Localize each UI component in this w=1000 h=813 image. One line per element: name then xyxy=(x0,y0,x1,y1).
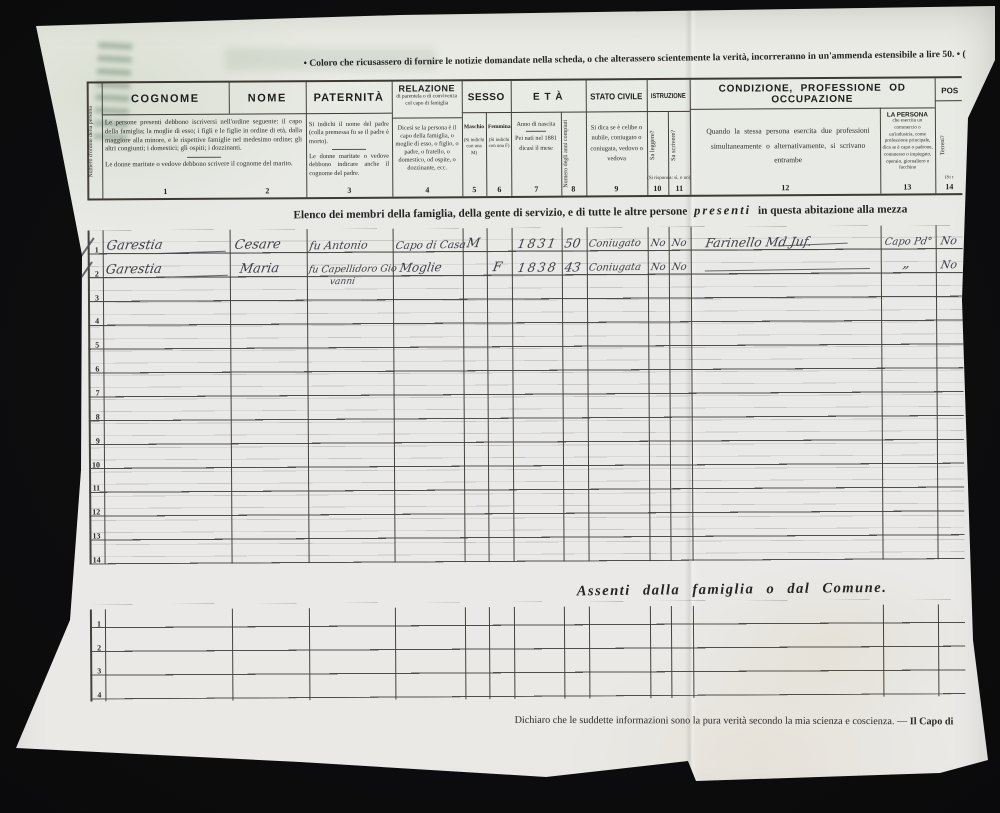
scan-stage: • Coloro che ricusassero di fornire le n… xyxy=(0,0,1000,813)
col-num-5: 5 xyxy=(464,185,484,194)
relazione-instructions: Dicesi se la persona è il capo della fam… xyxy=(395,124,459,173)
assenti-row-number-column: 1 2 3 4 xyxy=(90,604,104,699)
sa-scrivere-label: Sa scrivere? xyxy=(670,117,687,173)
sesso-femmina-note: (Si indichi con una F) xyxy=(488,138,510,151)
entry-possidenza: No xyxy=(940,258,958,271)
istruzione-risposta-note: (Si risponda: sì, o no) xyxy=(646,176,691,183)
entry-possidenza: No xyxy=(940,234,958,247)
column-title-paternita: PATERNITÀ xyxy=(306,85,392,112)
col-num-9: 9 xyxy=(606,184,626,193)
census-sheet: • Coloro che ricusassero di fornire le n… xyxy=(0,0,1000,813)
declaration-capo-di: Il Capo di xyxy=(910,716,954,727)
col-num-13: 13 xyxy=(897,182,917,191)
printed-content: • Coloro che ricusassero di fornire le n… xyxy=(0,0,1000,813)
grid-line-h xyxy=(690,107,935,109)
column-title-stato-civile: STATO CIVILE xyxy=(588,83,645,109)
column-title-sesso: SESSO xyxy=(462,84,511,110)
eta-anno-note-2: Pei nati nel 1881 dicasi il mese xyxy=(513,134,559,154)
sesso-maschio-note: (Si indichi con una M) xyxy=(463,138,485,157)
entry-anni: 43 xyxy=(564,259,582,274)
condizione-instructions: Quando la stessa persona esercita due pr… xyxy=(701,124,875,169)
column-title-eta: E T À xyxy=(511,83,586,109)
col-num-12: 12 xyxy=(775,183,795,192)
entry-paternita-2: vanni xyxy=(329,277,356,287)
row-num: 9 xyxy=(89,421,102,445)
entry-cognome: Garestia xyxy=(105,238,163,254)
possidenza-note-fragment: (Si r xyxy=(937,175,961,182)
declaration-text: Dichiaro che le suddette informazioni so… xyxy=(515,715,908,727)
assenti-section-title: Assenti dalla famiglia o dal Comune. xyxy=(577,580,888,601)
row-num: 11 xyxy=(89,469,102,493)
entry-cognome: Garestia xyxy=(105,262,163,278)
row-num: 13 xyxy=(89,517,102,541)
row-num: 7 xyxy=(88,374,101,398)
row-number-column: 1 2 3 4 5 6 7 8 9 10 11 12 13 14 xyxy=(88,230,103,564)
row-num: 5 xyxy=(88,326,101,350)
la-persona-note: che esercita un commercio o un'industria… xyxy=(882,118,933,172)
possidenza-terreni-label: Terreni? xyxy=(940,119,956,171)
row-num: 8 xyxy=(89,397,102,421)
cognome-instructions-1: Le persone presenti debbono iscriversi n… xyxy=(105,118,302,155)
paternita-instructions-1: Si indichi il nome del padre (colla prem… xyxy=(309,121,389,146)
column-title-relazione: RELAZIONE xyxy=(393,83,461,93)
col-num-4: 4 xyxy=(417,185,437,194)
col-num-8: 8 xyxy=(563,184,583,193)
grid-line-h xyxy=(102,113,392,116)
elenco-caption: Elenco dei membri della famiglia, della … xyxy=(293,201,907,222)
entry-paternita: fu Antonio xyxy=(309,239,369,253)
col-num-10: 10 xyxy=(647,184,667,193)
paragraph-rule xyxy=(526,131,546,132)
col-num-6: 6 xyxy=(489,185,509,194)
entry-relazione: Moglie xyxy=(399,260,443,275)
stato-civile-instructions: Si dica se è celibe o nubile, coniugato … xyxy=(588,123,645,165)
entry-stato: Coniugata xyxy=(588,262,642,274)
entry-scrive: No xyxy=(671,238,688,249)
grid-line-h xyxy=(586,111,690,113)
col-num-11: 11 xyxy=(669,184,689,193)
row-number-column-label: Numero d'ordine della persona xyxy=(88,86,103,196)
column-title-condizione: CONDIZIONE, PROFESSIONE OD OCCUPAZIONE xyxy=(690,83,935,104)
elenco-prefix: Elenco dei membri della famiglia, della … xyxy=(293,206,687,222)
row-num: 3 xyxy=(88,278,101,302)
entry-anno: 1838 xyxy=(517,259,559,275)
declaration-line: Dichiaro che le suddette informazioni so… xyxy=(515,715,954,728)
penalty-warning-text: • Coloro che ricusassero di fornire le n… xyxy=(303,48,1000,69)
entry-nome: Maria xyxy=(239,261,281,277)
entry-stato: Coniugato xyxy=(588,238,642,250)
row-num: 1 xyxy=(90,604,103,628)
entry-legge: No xyxy=(650,262,667,273)
grid-line-h xyxy=(935,100,962,101)
eta-anni-compiuti-label: Numero degli anni compiuti xyxy=(563,115,584,191)
entry-nome: Cesare xyxy=(233,237,281,253)
entry-relazione: Capo di Casa xyxy=(395,239,467,252)
row-num: 2 xyxy=(90,628,103,652)
row-num: 14 xyxy=(89,541,102,565)
row-num: 3 xyxy=(90,652,103,676)
entry-sesso: M xyxy=(465,236,481,251)
column-subtitle-relazione: di parentela o di convivenza col capo di… xyxy=(393,93,461,107)
grid-line-h xyxy=(462,111,586,113)
grid-line-h xyxy=(392,117,462,118)
assenti-table-rows xyxy=(90,599,966,699)
column-title-istruzione: ISTRUZIONE xyxy=(649,83,688,109)
paragraph-rule xyxy=(187,157,221,158)
row-num: 4 xyxy=(88,302,101,326)
col-num-1: 1 xyxy=(155,187,175,196)
column-title-cognome: COGNOME xyxy=(102,86,229,113)
column-title-nome: NOME xyxy=(229,85,306,111)
entry-professione: Farinello Md Juf. xyxy=(704,234,813,251)
sesso-femmina-label: Femmina xyxy=(488,124,510,130)
col-num-2: 2 xyxy=(257,186,277,195)
col-num-14: 14 xyxy=(939,182,959,191)
entry-anni: 50 xyxy=(563,235,581,250)
row-num: 6 xyxy=(88,350,101,374)
header-border-bottom xyxy=(87,193,962,200)
presenti-table-rows xyxy=(88,225,965,564)
row-num: 2 xyxy=(88,254,101,278)
paragraph-rule xyxy=(332,149,366,150)
row-num: 12 xyxy=(89,493,102,517)
entry-scrive: No xyxy=(671,262,688,273)
row-num: 10 xyxy=(89,445,102,469)
row-num: 4 xyxy=(90,676,103,700)
elenco-suffix: in questa abitazione alla mezza xyxy=(758,203,907,216)
col-num-7: 7 xyxy=(526,185,546,194)
cognome-instructions-2: Le donne maritate o vedove debbono scriv… xyxy=(105,161,302,171)
sa-leggere-label: Sa leggere? xyxy=(649,117,666,173)
elenco-presenti-emphasis: presenti xyxy=(690,203,755,218)
paternita-instructions-2: Le donne maritate o vedove debbono indic… xyxy=(309,153,389,178)
sesso-maschio-label: Maschio xyxy=(463,124,485,130)
entry-qualita: Capo Pd° xyxy=(884,236,933,248)
eta-anno-note: Anno di nascita xyxy=(513,121,559,129)
column-title-possidenza-fragment: POS xyxy=(937,84,963,97)
entry-legge: No xyxy=(650,238,667,249)
entry-anno: 1831 xyxy=(516,235,558,251)
col-num-3: 3 xyxy=(339,186,359,195)
entry-paternita: fu Capellidoro Gio xyxy=(308,263,398,275)
